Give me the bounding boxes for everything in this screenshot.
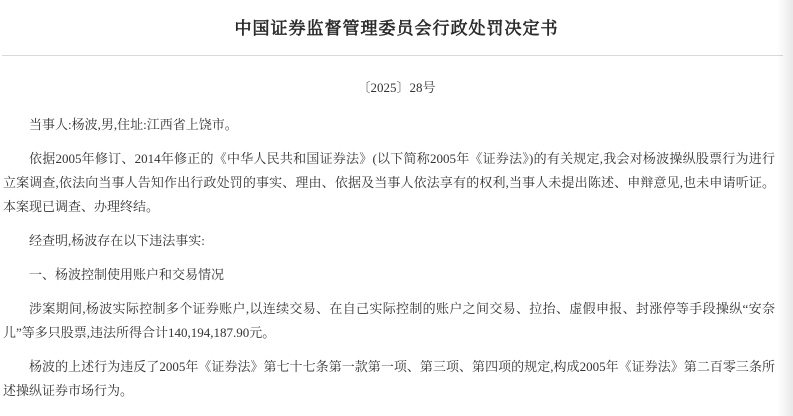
findings-intro-paragraph: 经查明,杨波存在以下违法事实: bbox=[3, 229, 775, 253]
case-procedure-paragraph: 依据2005年修订、2014年修正的《中华人民共和国证券法》(以下简称2005年… bbox=[3, 147, 775, 219]
violation-details-paragraph: 涉案期间,杨波实际控制多个证券账户,以连续交易、在自己实际控制的账户之间交易、拉… bbox=[3, 297, 775, 345]
penalty-decision-page: 中国证券监督管理委员会行政处罚决定书 〔2025〕28号 当事人:杨波,男,住址… bbox=[0, 0, 793, 416]
document-body: 当事人:杨波,男,住址:江西省上饶市。 依据2005年修订、2014年修正的《中… bbox=[0, 113, 793, 403]
section-one-heading: 一、杨波控制使用账户和交易情况 bbox=[3, 263, 775, 287]
document-number: 〔2025〕28号 bbox=[0, 78, 793, 98]
title-divider bbox=[2, 55, 783, 56]
party-info-paragraph: 当事人:杨波,男,住址:江西省上饶市。 bbox=[3, 113, 775, 137]
document-title: 中国证券监督管理委员会行政处罚决定书 bbox=[0, 0, 793, 41]
legal-basis-paragraph: 杨波的上述行为违反了2005年《证券法》第七十七条第一款第一项、第三项、第四项的… bbox=[3, 355, 775, 403]
